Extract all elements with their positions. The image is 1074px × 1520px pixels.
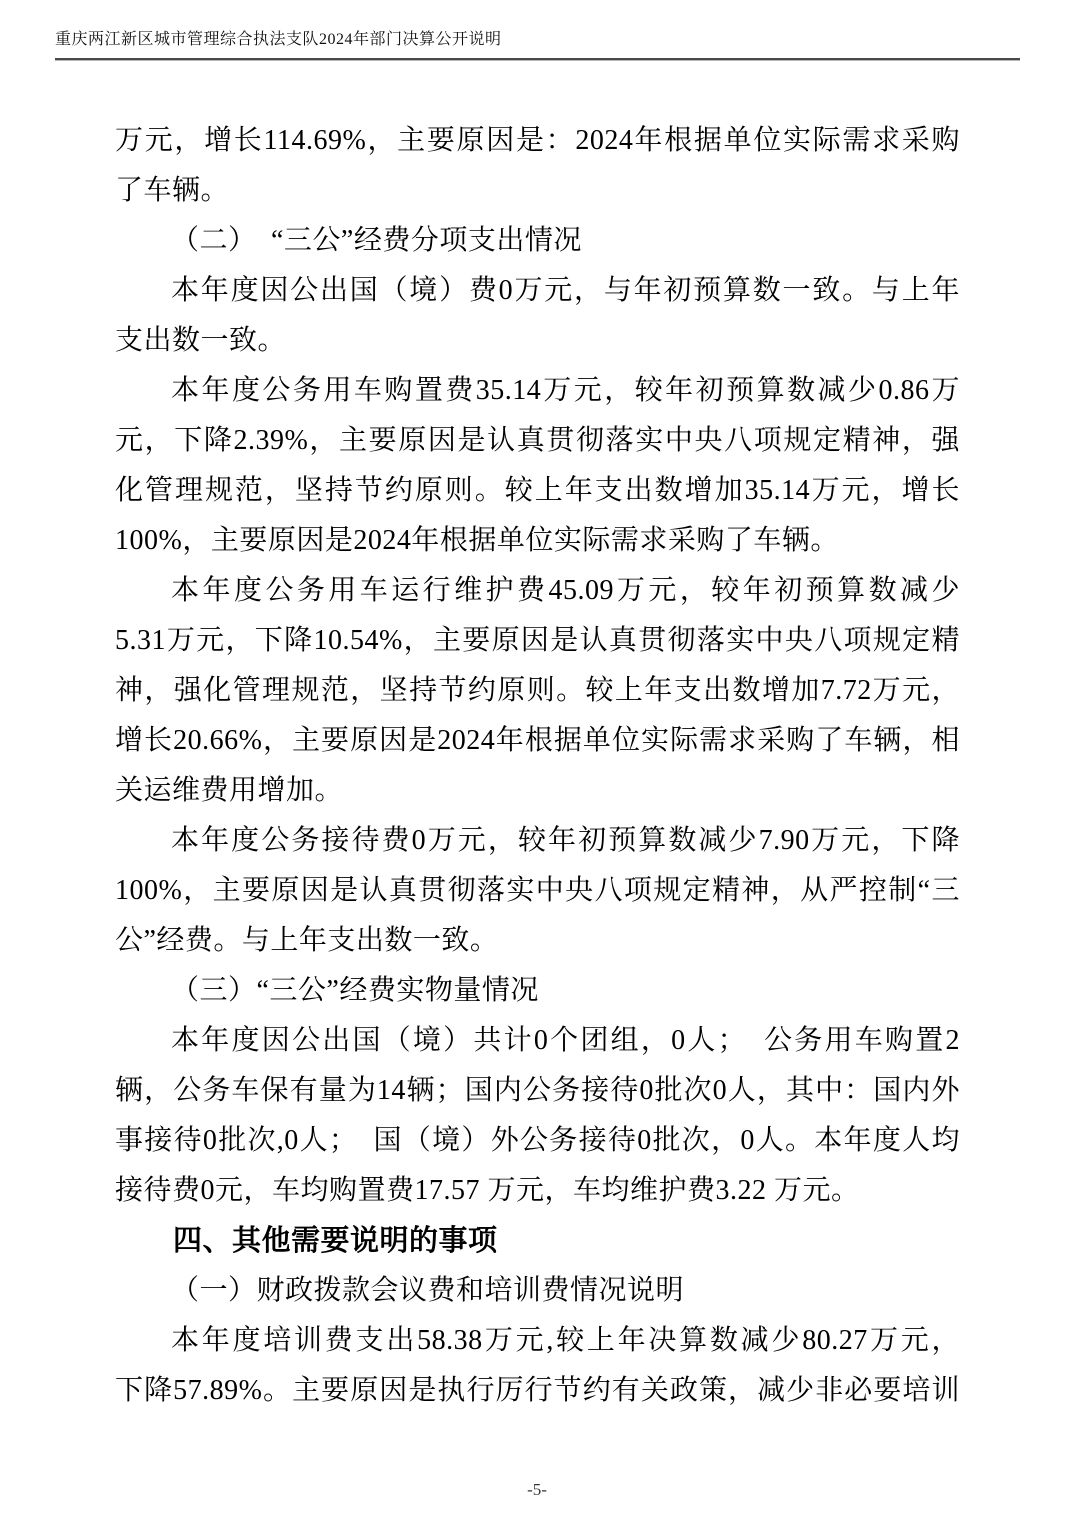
body-text-line: 100%，主要原因是2024年根据单位实际需求采购了车辆。 [115, 516, 960, 566]
body-text-line: 事接待0批次,0人； 国（境）外公务接待0批次，0人。本年度人均 [115, 1116, 960, 1166]
body-text-line: 本年度因公出国（境）费0万元，与年初预算数一致。与上年 [115, 266, 960, 316]
body-text-line: 关运维费用增加。 [115, 766, 960, 816]
body-text-line: 辆，公务车保有量为14辆；国内公务接待0批次0人，其中：国内外 [115, 1066, 960, 1116]
document-body: 万元，增长114.69%，主要原因是：2024年根据单位实际需求采购了车辆。（二… [115, 116, 960, 1416]
body-text-line: 本年度公务用车购置费35.14万元，较年初预算数减少0.86万 [115, 366, 960, 416]
subsection-heading-line: （二） “三公”经费分项支出情况 [115, 216, 960, 266]
document-page: 重庆两江新区城市管理综合执法支队2024年部门决算公开说明 万元，增长114.6… [0, 0, 1074, 1520]
body-text-line: 了车辆。 [115, 166, 960, 216]
body-text-line: 万元，增长114.69%，主要原因是：2024年根据单位实际需求采购 [115, 116, 960, 166]
body-text-line: 本年度公务用车运行维护费45.09万元，较年初预算数减少 [115, 566, 960, 616]
body-text-line: 本年度因公出国（境）共计0个团组，0人； 公务用车购置2 [115, 1016, 960, 1066]
body-text-line: 支出数一致。 [115, 316, 960, 366]
page-number: -5- [527, 1480, 547, 1499]
header-rule [55, 58, 1020, 60]
document-footer: -5- [0, 1480, 1074, 1500]
body-text-line: 100%，主要原因是认真贯彻落实中央八项规定精神，从严控制“三 [115, 866, 960, 916]
body-text-line: 接待费0元，车均购置费17.57 万元，车均维护费3.22 万元。 [115, 1166, 960, 1216]
document-header: 重庆两江新区城市管理综合执法支队2024年部门决算公开说明 [55, 30, 1020, 50]
subsection-heading-line: （三）“三公”经费实物量情况 [115, 966, 960, 1016]
body-text-line: 元，下降2.39%，主要原因是认真贯彻落实中央八项规定精神，强 [115, 416, 960, 466]
subsection-heading-line: （一）财政拨款会议费和培训费情况说明 [115, 1266, 960, 1316]
body-text-line: 增长20.66%，主要原因是2024年根据单位实际需求采购了车辆，相 [115, 716, 960, 766]
header-title: 重庆两江新区城市管理综合执法支队2024年部门决算公开说明 [55, 31, 502, 48]
body-text-line: 化管理规范，坚持节约原则。较上年支出数增加35.14万元，增长 [115, 466, 960, 516]
body-text-line: 神，强化管理规范，坚持节约原则。较上年支出数增加7.72万元， [115, 666, 960, 716]
body-text-line: 下降57.89%。主要原因是执行厉行节约有关政策，减少非必要培训 [115, 1366, 960, 1416]
body-text-line: 5.31万元，下降10.54%，主要原因是认真贯彻落实中央八项规定精 [115, 616, 960, 666]
body-text-line: 本年度培训费支出58.38万元,较上年决算数减少80.27万元， [115, 1316, 960, 1366]
body-text-line: 本年度公务接待费0万元，较年初预算数减少7.90万元，下降 [115, 816, 960, 866]
section-heading-line: 四、其他需要说明的事项 [115, 1216, 960, 1266]
body-text-line: 公”经费。与上年支出数一致。 [115, 916, 960, 966]
